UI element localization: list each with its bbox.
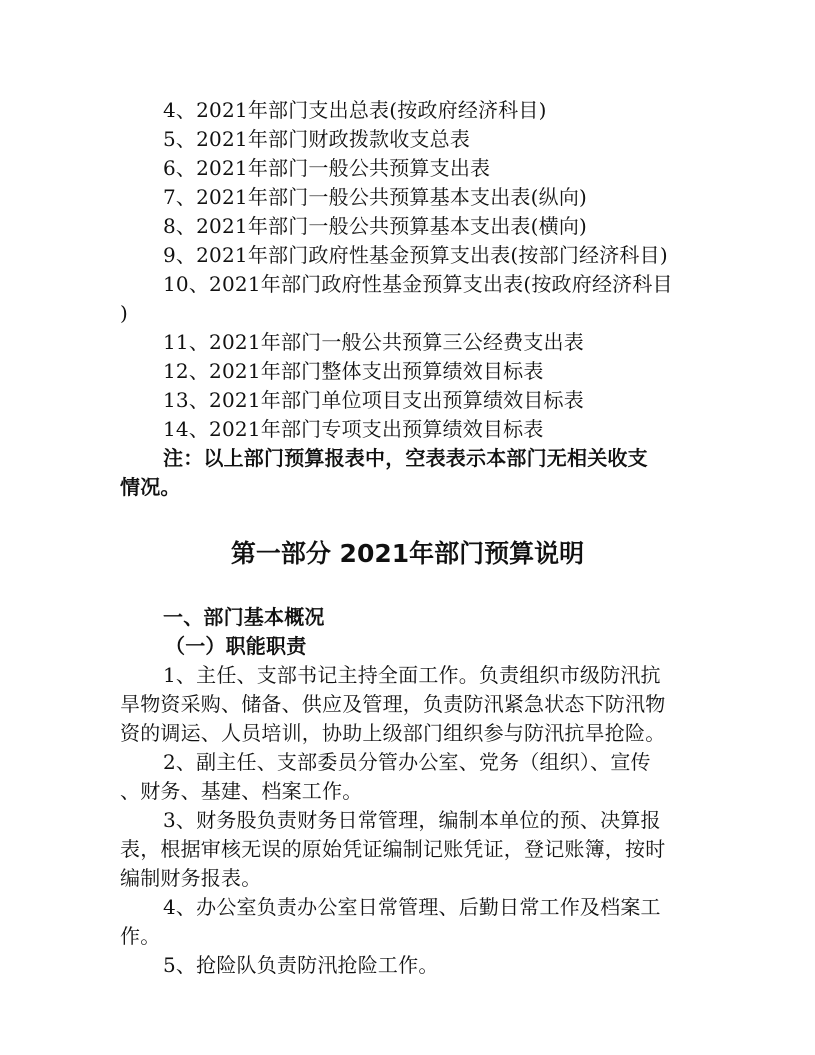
section-heading: 一、部门基本概况 bbox=[163, 604, 743, 630]
table-list-item: 6、2021年部门一般公共预算支出表 bbox=[163, 155, 743, 181]
table-list-item: 13、2021年部门单位项目支出预算绩效目标表 bbox=[163, 387, 743, 413]
table-list-item: 8、2021年部门一般公共预算基本支出表(横向) bbox=[163, 213, 743, 239]
table-list-item: 5、2021年部门财政拨款收支总表 bbox=[163, 126, 743, 152]
duty-paragraph-line: 表，根据审核无误的原始凭证编制记账凭证，登记账簿，按时 bbox=[120, 836, 700, 862]
duty-paragraph-line: 旱物资采购、储备、供应及管理，负责防汛紧急状态下防汛物 bbox=[120, 691, 700, 717]
table-list-item: 10、2021年部门政府性基金预算支出表(按政府经济科目 bbox=[163, 271, 743, 297]
duty-paragraph-line: 资的调运、人员培训，协助上级部门组织参与防汛抗旱抢险。 bbox=[120, 720, 700, 746]
table-list-item: 12、2021年部门整体支出预算绩效目标表 bbox=[163, 358, 743, 384]
duty-paragraph-line: 2、副主任、支部委员分管办公室、党务（组织）、宣传 bbox=[163, 749, 743, 775]
table-list-item: 14、2021年部门专项支出预算绩效目标表 bbox=[163, 416, 743, 442]
duty-paragraph-line: 3、财务股负责财务日常管理，编制本单位的预、决算报 bbox=[163, 807, 743, 833]
duty-paragraph-line: 、财务、基建、档案工作。 bbox=[120, 778, 700, 804]
duty-paragraph-line: 编制财务报表。 bbox=[120, 865, 700, 891]
note-text: 注：以上部门预算报表中，空表表示本部门无相关收支 bbox=[163, 445, 743, 471]
table-list-item: 9、2021年部门政府性基金预算支出表(按部门经济科目) bbox=[163, 242, 743, 268]
document-page: 4、2021年部门支出总表(按政府经济科目) 5、2021年部门财政拨款收支总表… bbox=[0, 0, 815, 1055]
table-list-item: 4、2021年部门支出总表(按政府经济科目) bbox=[163, 97, 743, 123]
duty-paragraph-line: 4、办公室负责办公室日常管理、后勤日常工作及档案工 bbox=[163, 894, 743, 920]
duty-paragraph-line: 5、抢险队负责防汛抢险工作。 bbox=[163, 952, 743, 978]
duty-paragraph-line: 1、主任、支部书记主持全面工作。负责组织市级防汛抗 bbox=[163, 662, 743, 688]
table-list-item: 11、2021年部门一般公共预算三公经费支出表 bbox=[163, 329, 743, 355]
note-text-continued: 情况。 bbox=[120, 474, 700, 500]
table-list-item: 7、2021年部门一般公共预算基本支出表(纵向) bbox=[163, 184, 743, 210]
duty-paragraph-line: 作。 bbox=[120, 923, 700, 949]
subsection-heading: （一）职能职责 bbox=[165, 633, 745, 659]
table-list-item-wrap: ) bbox=[120, 300, 700, 326]
part-title: 第一部分 2021年部门预算说明 bbox=[0, 538, 815, 570]
